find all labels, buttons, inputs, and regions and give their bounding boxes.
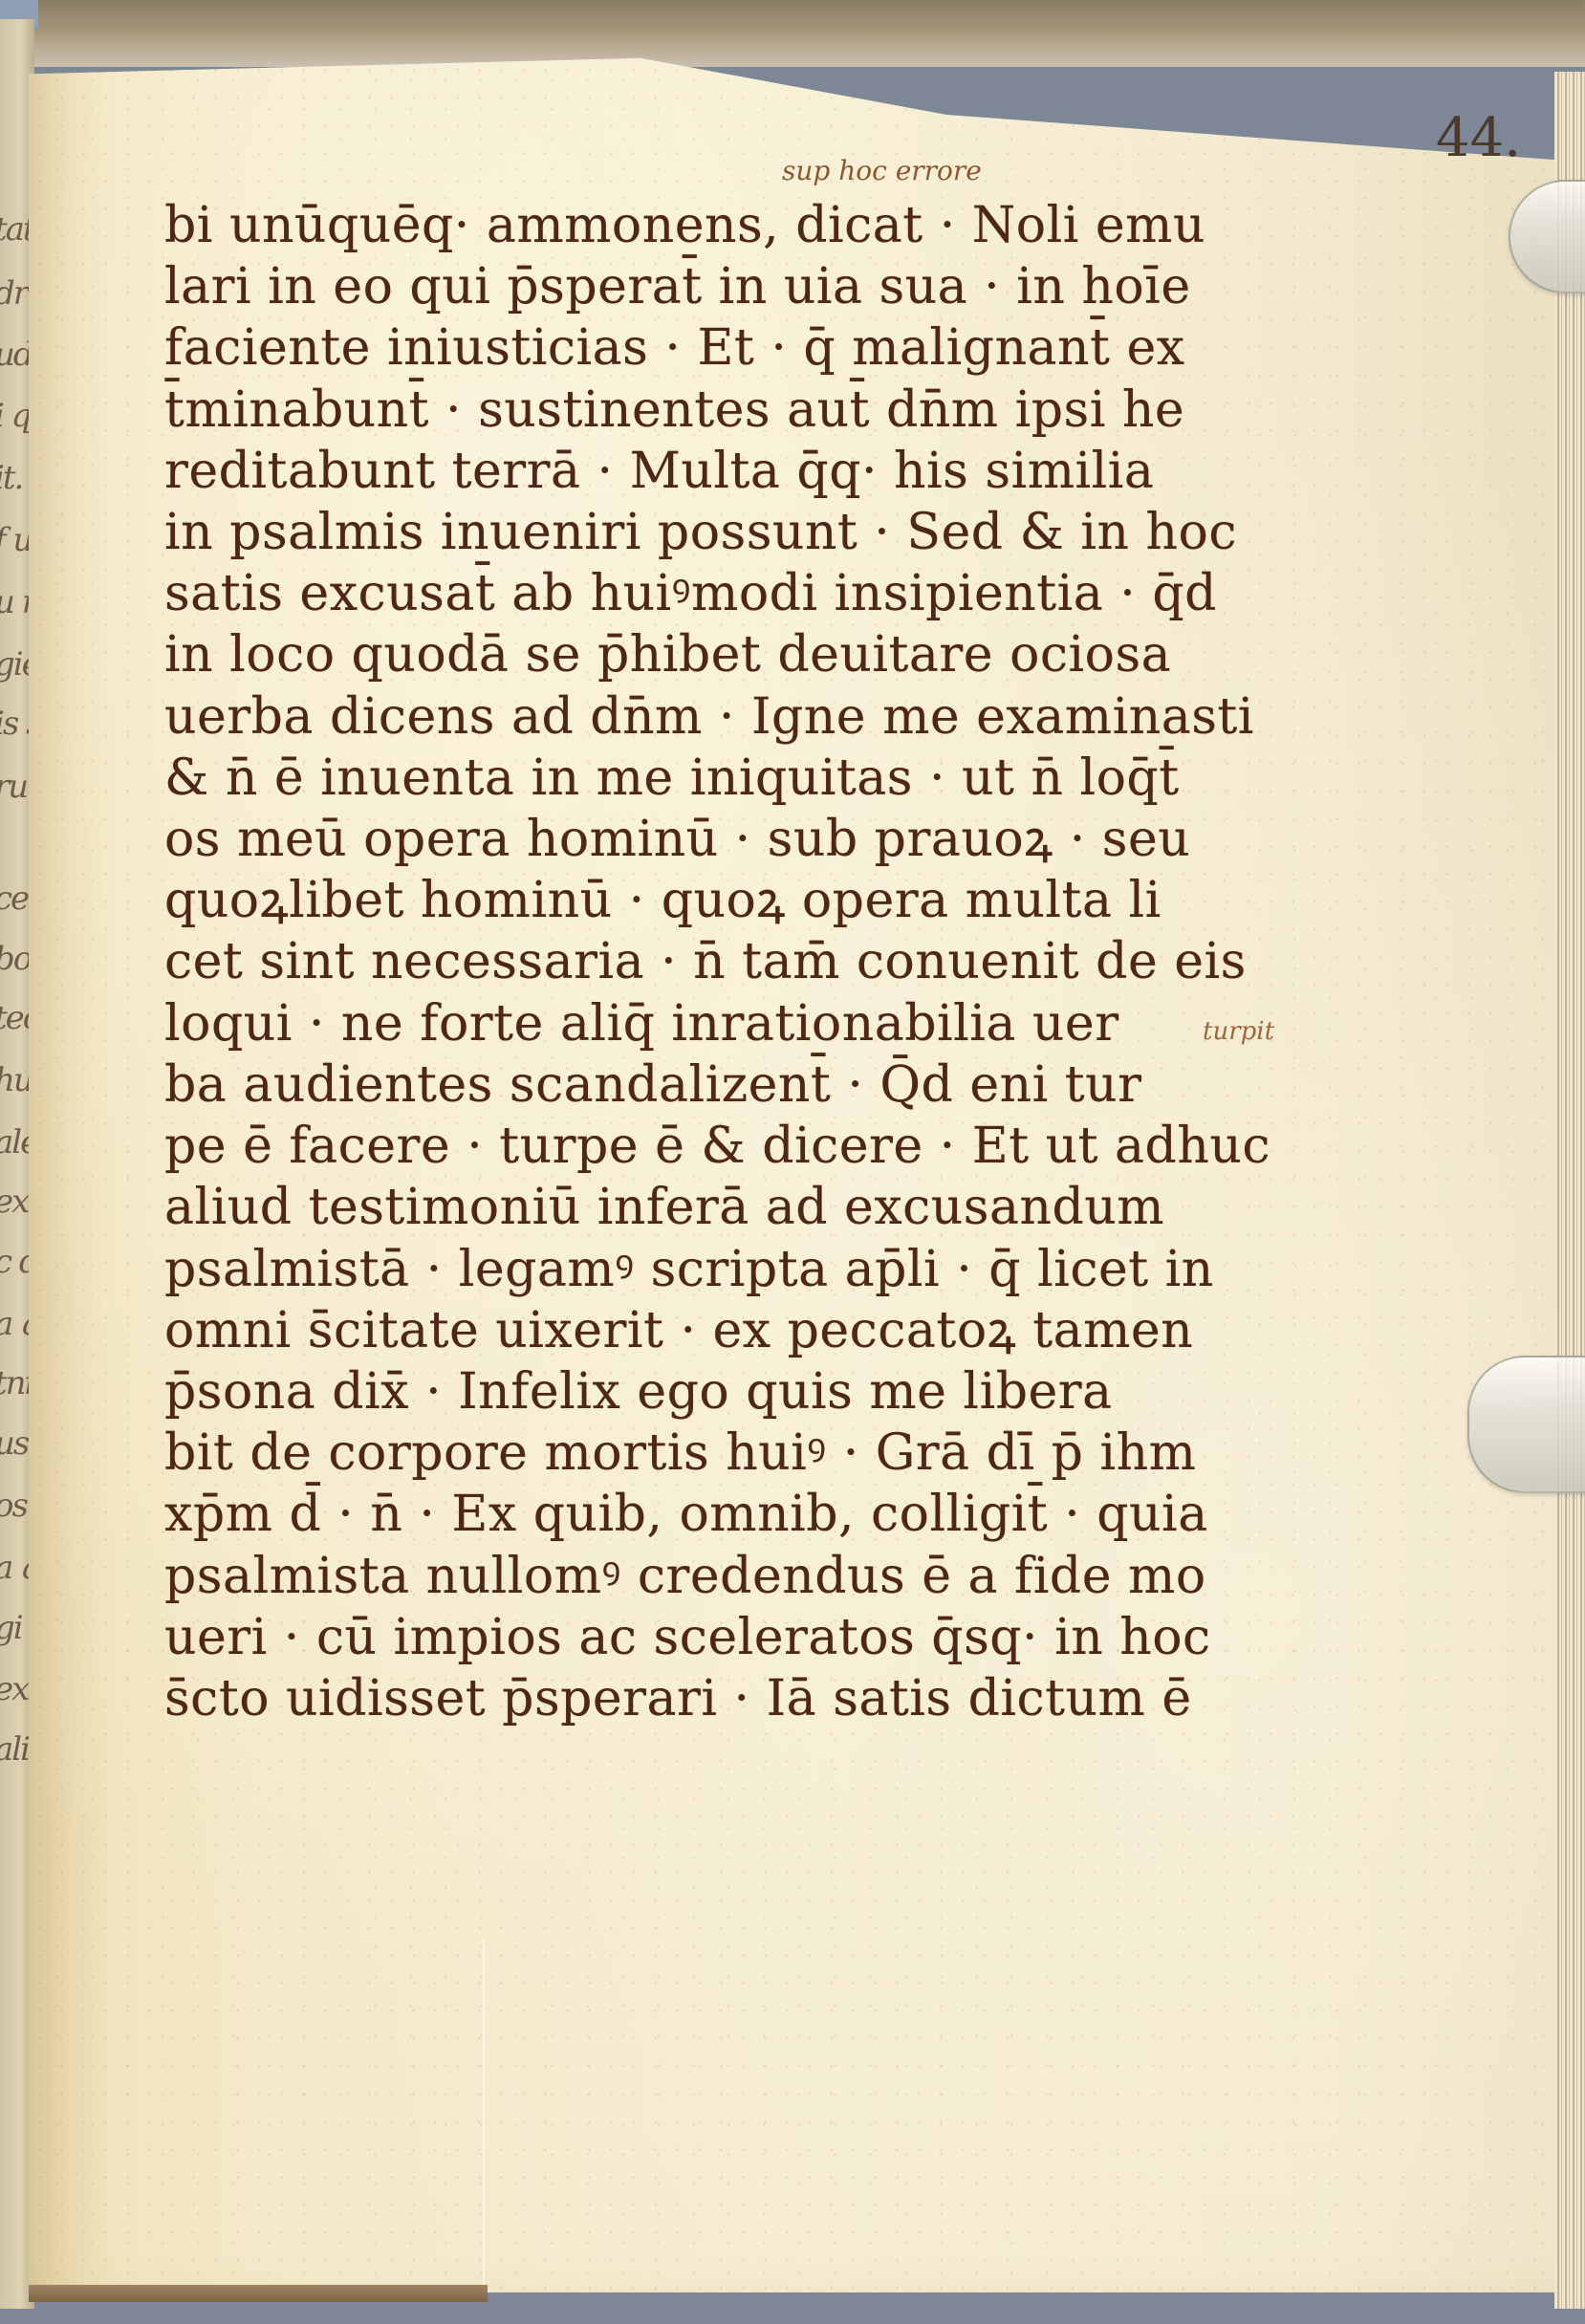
text-line: p̄sona dix̄ · Infelix ego quis me libera	[164, 1361, 1113, 1423]
text-line: quoꝝlibet hominū · quoꝝ opera multa li	[164, 870, 1162, 931]
text-line: psalmistā · legamꝰ scripta ap̄li · q̄ li…	[164, 1239, 1214, 1300]
text-line: cet sint necessaria · n̄ tam̄ conuenit d…	[164, 931, 1247, 992]
text-line: os meū opera hominū · sub prauoꝝ · seu	[164, 809, 1190, 870]
text-line: in psalmis inueniri possunt · Sed & in h…	[164, 502, 1237, 563]
text-line: t̄minabunt̄ · sustinentes aut̄ dn̄m ipsi…	[164, 380, 1184, 441]
text-line: reditabunt terrā · Multa q̄q· his simili…	[164, 441, 1154, 502]
text-line: omni s̄citate uixerit · ex peccatoꝝ tame…	[164, 1300, 1193, 1361]
text-line: psalmista nullomꝰ credendus ē a fide mo	[164, 1546, 1206, 1607]
text-line: ueri · cū impios ac sceleratos q̄sq· in …	[164, 1607, 1211, 1668]
text-line: in loco quodā se p̄hibet deuitare ociosa	[164, 624, 1171, 685]
text-line: s̄cto uidisset p̄sperari · Iā satis dict…	[164, 1668, 1192, 1729]
text-line: loqui · ne forte aliq̄ inrationabilia ue…	[164, 993, 1119, 1054]
text-line: pe ē facere · turpe ē & dicere · Et ut a…	[164, 1116, 1270, 1177]
text-line: faciente iniusticias · Et · q̄ malignant…	[164, 317, 1185, 379]
text-line: satis excusat̄ ab huiꝰmodi insipientia ·…	[164, 563, 1217, 624]
text-line: xp̄m d̄ · n̄ · Ex quib, omnib, colligit̄…	[164, 1484, 1208, 1545]
text-line: aliud testimoniū inferā ad excusandum	[164, 1177, 1164, 1238]
text-line: lari in eo qui p̄sperat̄ in uia sua · in…	[164, 256, 1191, 317]
interlinear-gloss: sup hoc errore	[782, 155, 982, 186]
text-line: uerba dicens ad dn̄m · Igne me examinast…	[164, 686, 1254, 748]
text-line: & n̄ ē inuenta in me iniquitas · ut n̄ l…	[164, 748, 1180, 809]
text-block: sup hoc errore turpit bi unūquēq· ammone…	[0, 0, 1585, 2324]
margin-gloss: turpit	[1203, 1017, 1274, 1046]
text-line: ba audientes scandalizent̄ · Q̄d eni tur	[164, 1054, 1142, 1116]
text-line: bit de corpore mortis huiꝰ · Grā dī p̄ i…	[164, 1423, 1196, 1484]
text-line: bi unūquēq· ammonens, dicat · Noli emu	[164, 195, 1205, 256]
